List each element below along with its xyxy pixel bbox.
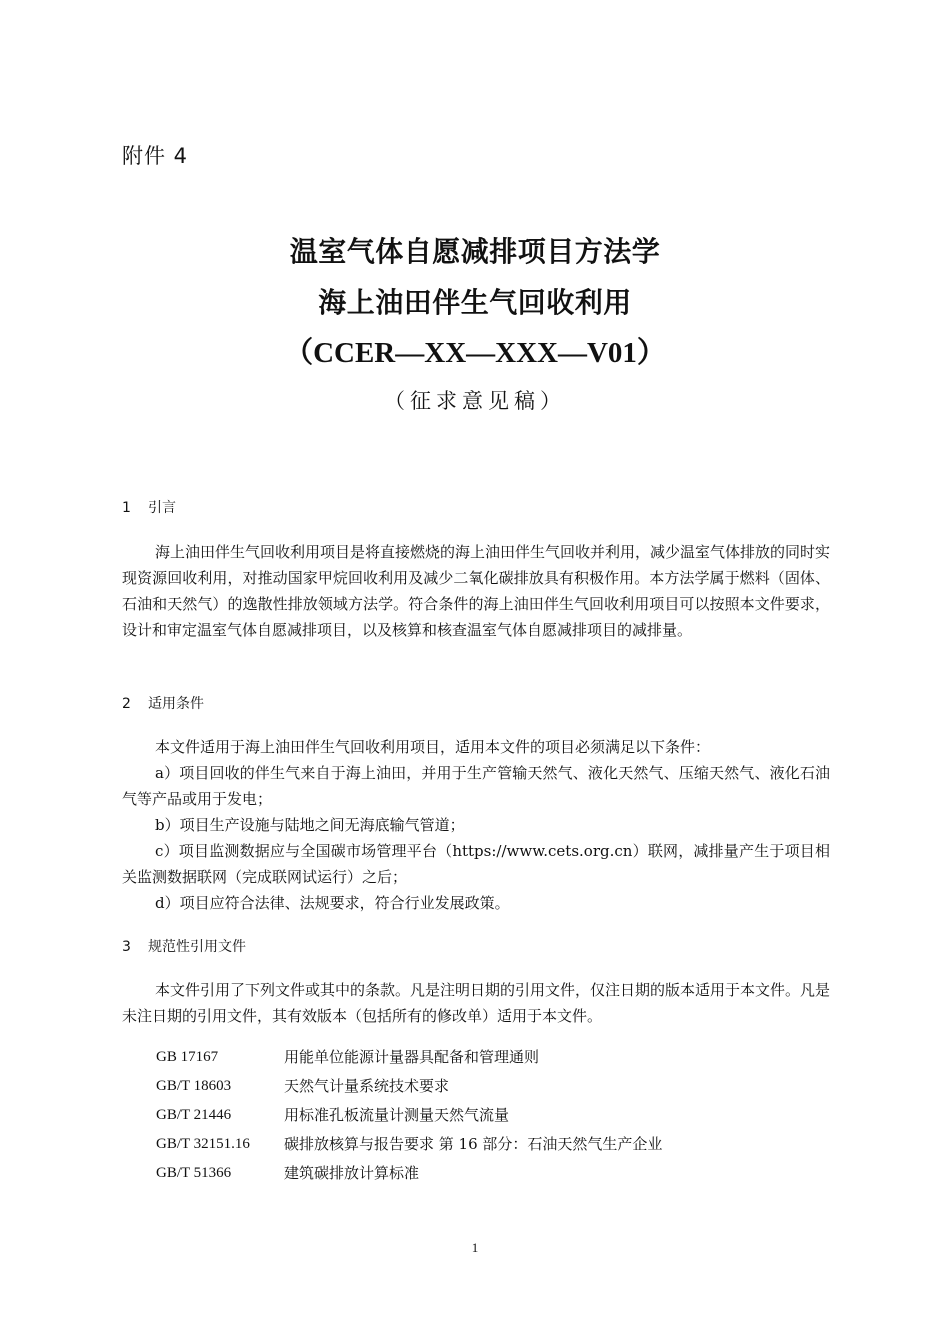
condition-a: a）项目回收的伴生气来自于海上油田，并用于生产管输天然气、液化天然气、压缩天然气… (122, 760, 830, 812)
section-applicability: 2适用条件 本文件适用于海上油田伴生气回收利用项目，适用本文件的项目必须满足以下… (122, 693, 830, 916)
reference-item: GB/T 32151.16 碳排放核算与报告要求 第 16 部分：石油天然气生产… (122, 1130, 830, 1159)
reference-code: GB/T 21446 (122, 1101, 284, 1130)
reference-title: 天然气计量系统技术要求 (284, 1072, 449, 1101)
section-title: 引言 (148, 500, 176, 516)
condition-c: c）项目监测数据应与全国碳市场管理平台（https://www.cets.org… (122, 838, 830, 890)
condition-d: d）项目应符合法律、法规要求，符合行业发展政策。 (122, 890, 830, 916)
reference-title: 用能单位能源计量器具配备和管理通则 (284, 1043, 539, 1072)
methodology-code: （CCER—XX—XXX—V01） (0, 328, 950, 379)
document-title: 温室气体自愿减排项目方法学 海上油田伴生气回收利用 （CCER—XX—XXX—V… (0, 226, 950, 379)
section-normative-references: 3规范性引用文件 本文件引用了下列文件或其中的条款。凡是注明日期的引用文件，仅注… (122, 936, 830, 1188)
reference-title: 用标准孔板流量计测量天然气流量 (284, 1101, 509, 1130)
reference-item: GB/T 18603 天然气计量系统技术要求 (122, 1072, 830, 1101)
reference-code: GB/T 32151.16 (122, 1130, 284, 1159)
reference-title: 建筑碳排放计算标准 (284, 1159, 419, 1188)
reference-code: GB/T 18603 (122, 1072, 284, 1101)
annex-label: 附件 4 (122, 140, 188, 170)
section-number: 3 (122, 936, 148, 958)
section-title: 适用条件 (148, 696, 204, 712)
reference-item: GB/T 51366 建筑碳排放计算标准 (122, 1159, 830, 1188)
draft-status-subtitle: （征求意见稿） (0, 385, 950, 415)
section-heading: 1引言 (122, 497, 830, 519)
section-introduction: 1引言 海上油田伴生气回收利用项目是将直接燃烧的海上油田伴生气回收并利用，减少温… (122, 497, 830, 643)
condition-b: b）项目生产设施与陆地之间无海底输气管道； (122, 812, 830, 838)
title-line-2: 海上油田伴生气回收利用 (0, 277, 950, 328)
page-number: 1 (0, 1240, 950, 1256)
section-title: 规范性引用文件 (148, 939, 246, 955)
reference-item: GB 17167 用能单位能源计量器具配备和管理通则 (122, 1043, 830, 1072)
section-heading: 3规范性引用文件 (122, 936, 830, 958)
section-heading: 2适用条件 (122, 693, 830, 715)
section-number: 2 (122, 693, 148, 715)
paragraph: 本文件适用于海上油田伴生气回收利用项目，适用本文件的项目必须满足以下条件： (122, 734, 830, 760)
reference-code: GB 17167 (122, 1043, 284, 1072)
paragraph: 本文件引用了下列文件或其中的条款。凡是注明日期的引用文件，仅注日期的版本适用于本… (122, 977, 830, 1029)
reference-title: 碳排放核算与报告要求 第 16 部分：石油天然气生产企业 (284, 1130, 662, 1159)
reference-code: GB/T 51366 (122, 1159, 284, 1188)
reference-list: GB 17167 用能单位能源计量器具配备和管理通则 GB/T 18603 天然… (122, 1043, 830, 1188)
section-number: 1 (122, 497, 148, 519)
paragraph: 海上油田伴生气回收利用项目是将直接燃烧的海上油田伴生气回收并利用，减少温室气体排… (122, 539, 830, 643)
title-line-1: 温室气体自愿减排项目方法学 (0, 226, 950, 277)
reference-item: GB/T 21446 用标准孔板流量计测量天然气流量 (122, 1101, 830, 1130)
